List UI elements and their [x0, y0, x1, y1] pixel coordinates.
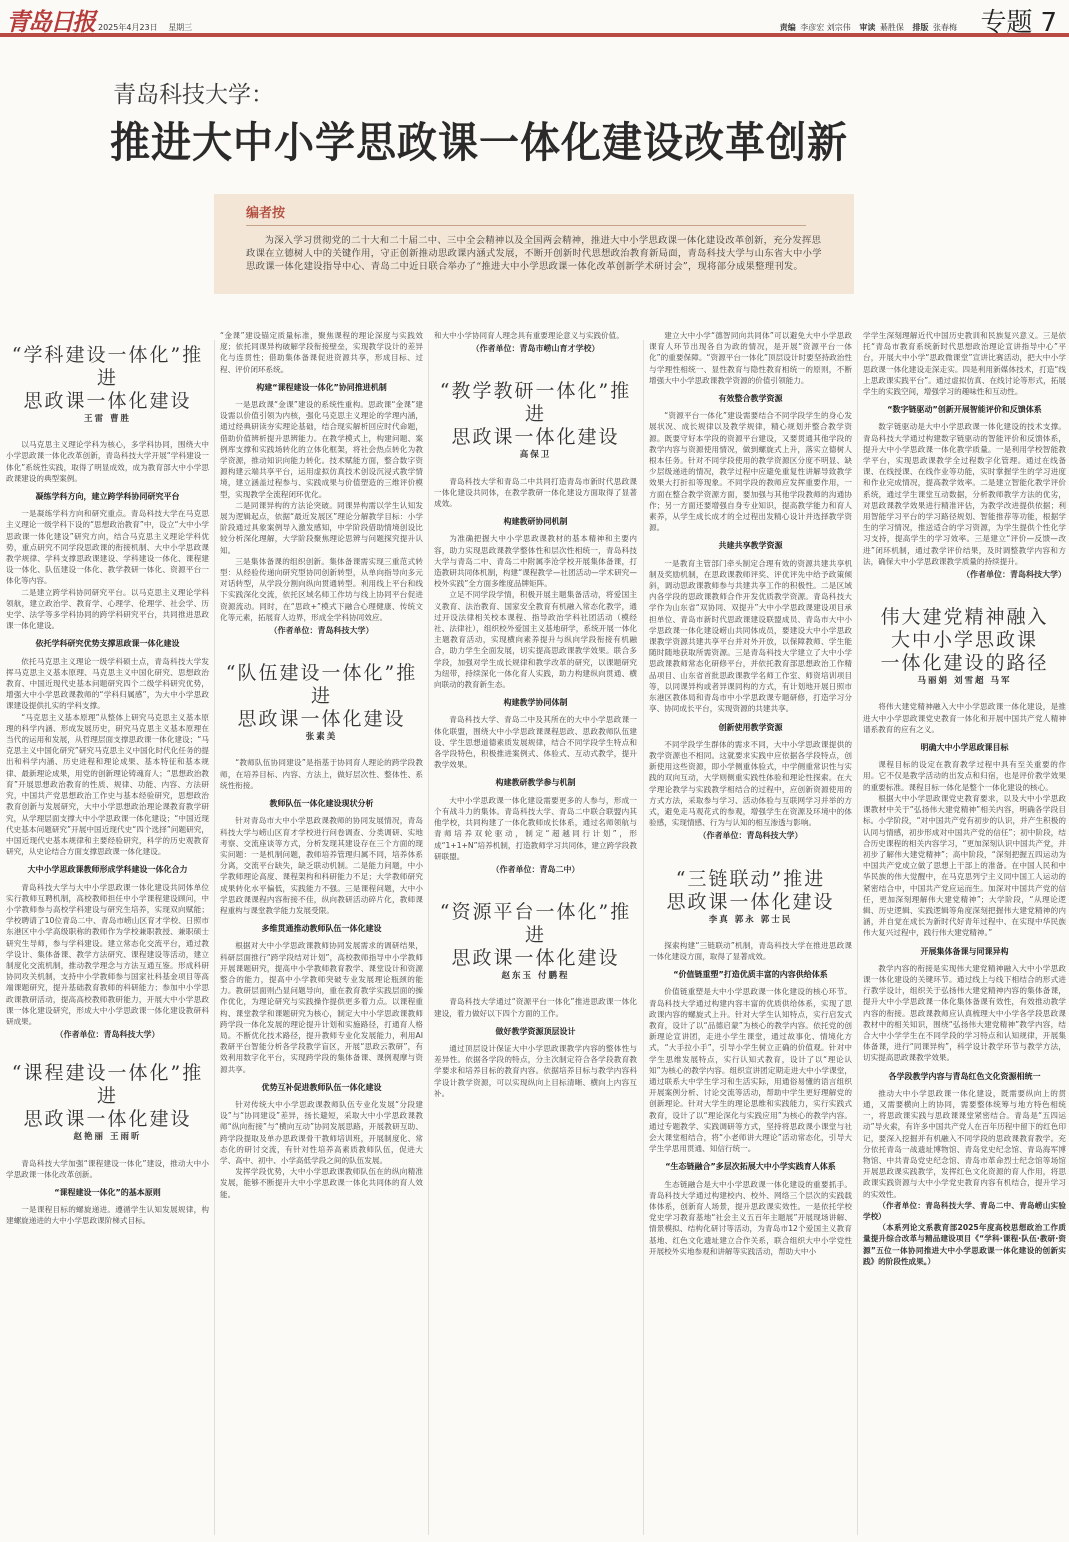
article-title: 一体化建设的路径: [863, 652, 1066, 675]
series-note: （本系列论文系教育部2025年度高校思想政治工作质量提升综合改革与精品建设项目《…: [863, 1222, 1066, 1267]
subheading: “课程建设一体化”的基本原则: [6, 1187, 209, 1198]
article-title: “三链联动”推进: [649, 868, 852, 891]
page-title: 推进大中小学思政课一体化建设改革创新: [110, 110, 848, 170]
article-title: 大中小学思政课: [863, 629, 1066, 652]
column-5: 学学生深刻理解近代中国历史教训和民族复兴意义。三是依托“青岛市教育系统新时代思想…: [863, 330, 1066, 1267]
column-4: 建立大中小学“德智同向共同体”可以避免大中小学思政课育人环节出现各自为政的情况，…: [649, 330, 852, 1257]
subheading: 明确大中小学思政课目标: [863, 742, 1066, 753]
article-paragraph: 教学内容的衔接是实现伟大建党精神融入大中小学思政课一体化建设的关键环节。通过线上…: [863, 963, 1066, 1064]
author-affiliation: （作者单位：青岛科技大学、青岛二中、青岛崂山实验学校）: [863, 1200, 1066, 1222]
author-affiliation: （作者单位：青岛科技大学）: [863, 569, 1066, 580]
credit-names: 綦胜保: [880, 23, 904, 32]
column-1: “学科建设一体化”推进 思政课一体化建设 王雷 曹胜 以马克思主义理论学科为核心…: [6, 340, 209, 1227]
article-paragraph: 数字链驱动是大中小学思政课一体化建设的技术支撑。青岛科技大学通过构建数字链驱动的…: [863, 421, 1066, 567]
headline-kicker: 青岛科技大学：: [113, 76, 274, 109]
author-affiliation: （作者单位：青岛市崂山育才学校）: [434, 343, 637, 354]
article-paragraph: 立足不同学段学情，积极开展主题集备活动，将爱国主义教育、法治教育、国家安全教育有…: [434, 589, 637, 690]
article-header: “课程建设一体化”推进 思政课一体化建设 赵艳丽 王雨昕: [6, 1062, 209, 1143]
article-paragraph: “马克思主义基本原理”从整体上研究马克思主义基本原理的科学内涵、形成发展历史，研…: [6, 712, 209, 858]
article-byline: 高保卫: [434, 450, 637, 461]
article-paragraph: 三是集体备课的组织创新。集体备课需实现三重范式转型：从经验传递向研究型协同创新转…: [220, 556, 423, 623]
article-header: “资源平台一体化”推进 思政课一体化建设 赵东玉 付鹏程: [434, 901, 637, 982]
editor-note-title: 编者按: [246, 202, 806, 226]
article-paragraph: 一是课程目标的螺旋递进。遵循学生认知发展规律，构建螺旋递进的大中小学思政课阶梯式…: [6, 1204, 209, 1226]
column-divider: [428, 340, 429, 1535]
article-paragraph: 生态链融合是大中小学思政课一体化建设的重要抓手。青岛科技大学通过构建校内、校外、…: [649, 1179, 852, 1257]
article-paragraph: 和大中小学协同育人理念具有重要理论意义与实践价值。: [434, 330, 637, 341]
subheading: 有效整合教学资源: [649, 393, 852, 404]
credit-names: 李彦宏 刘宗伟: [800, 23, 851, 32]
article-title: “学科建设一体化”推进: [6, 344, 209, 390]
column-divider: [214, 340, 215, 1535]
article-paragraph: 学学生深刻理解近代中国历史教训和民族复兴意义。三是依托“青岛市教育系统新时代思想…: [863, 330, 1066, 397]
article-paragraph: 依托马克思主义理论一级学科硕士点，青岛科技大学发挥马克思主义基本原理、马克思主义…: [6, 656, 209, 712]
article-title: 思政课一体化建设: [6, 1108, 209, 1131]
article-paragraph: 以马克思主义理论学科为核心，多学科协同，围绕大中小学思政课一体化改革创新，青岛科…: [6, 439, 209, 484]
subheading: 多维贯通推动教师队伍一体化建设: [220, 923, 423, 934]
article-byline: 马丽娟 刘雪超 马军: [863, 676, 1066, 687]
editor-note-body: 为深入学习贯彻党的二十大和二十届二中、三中全会精神以及全国两会精神，推进大中小学…: [246, 234, 840, 273]
article-paragraph: 青岛科技大学、青岛二中及其所在的大中小学思政课一体化联盟，围绕大中小学思政课课程…: [434, 714, 637, 770]
article-title: 思政课一体化建设: [6, 390, 209, 413]
subheading: 构建教研教学参与机制: [434, 777, 637, 788]
subheading: 优势互补促进教师队伍一体化建设: [220, 1082, 423, 1093]
article-paragraph: 建立大中小学“德智同向共同体”可以避免大中小学思政课育人环节出现各自为政的情况，…: [649, 330, 852, 386]
article-title: “教学教研一体化”推进: [434, 380, 637, 426]
article-header: “教学教研一体化”推进 思政课一体化建设 高保卫: [434, 380, 637, 461]
subheading: 做好教学资源顶层设计: [434, 1026, 637, 1037]
article-paragraph: 青岛科技大学和青岛二中共同打造青岛市新时代思政课一体化建设共同体，在教学教研一体…: [434, 476, 637, 510]
subheading: 共建共享教学资源: [649, 540, 852, 551]
credit-role: 审读: [859, 23, 875, 32]
article-paragraph: 课程目标的设定在教育教学过程中具有至关重要的作用。它不仅是教学活动的出发点和归宿…: [863, 759, 1066, 793]
issue-date: 2025年4月23日 星期三: [98, 22, 200, 33]
article-header: “三链联动”推进 思政课一体化建设 李真 郭永 郭士民: [649, 868, 852, 926]
column-divider: [857, 340, 858, 1535]
weekday-text: 星期三: [168, 23, 192, 32]
author-affiliation: （作者单位：青岛科技大学）: [6, 1029, 209, 1040]
article-paragraph: 探索构建“三链联动”机制，青岛科技大学在推进思政课一体化建设方面，取得了显著成效…: [649, 940, 852, 962]
masthead-rule: [0, 33, 1069, 37]
credit-role: 责编: [780, 23, 796, 32]
subheading: 构建教研协同机制: [434, 516, 637, 527]
subheading: “价值链重塑”打造优质丰富的内容供给体系: [649, 969, 852, 980]
article-paragraph: 根据对大中小学思政课教师协同发展需求的调研结果，科研层面推行“跨学段结对计划”，…: [220, 940, 423, 1074]
credit-role: 排版: [912, 23, 928, 32]
article-paragraph: 一是凝练学科方向和研究重点。青岛科技大学在马克思主义理论一级学科下设的“思想政治…: [6, 508, 209, 586]
article-paragraph: 二是同课异构的方法论突破。同课异构需以学生认知发展为逻辑起点，依据“最近发展区”…: [220, 500, 423, 556]
article-title: 思政课一体化建设: [434, 426, 637, 449]
article-paragraph: 将伟大建党精神融入大中小学思政课一体化建设，是推进大中小学思政课党史教育一体化和…: [863, 701, 1066, 735]
subheading: 构建教学协同体制: [434, 697, 637, 708]
masthead: 青岛日报 2025年4月23日 星期三 责编 李彦宏 刘宗伟 审读 綦胜保 排版…: [0, 0, 1069, 36]
subheading: “数字链驱动”创新开展智能评价和反馈体系: [863, 404, 1066, 415]
article-title: 思政课一体化建设: [434, 947, 637, 970]
column-3: 和大中小学协同育人理念具有重要理论意义与实践价值。 （作者单位：青岛市崂山育才学…: [434, 330, 637, 1099]
article-paragraph: 推动大中小学思政课一体化建设，既需要纵向上的贯通，又需要横向上的协同，需要整体统…: [863, 1088, 1066, 1200]
credit-names: 张春梅: [933, 23, 957, 32]
article-paragraph: 青岛科技大学加强“课程建设一体化”建设，推动大中小学思政课一体化改革创新。: [6, 1158, 209, 1180]
subheading: 教师队伍一体化建设现状分析: [220, 798, 423, 809]
date-text: 2025年4月23日: [98, 23, 158, 32]
article-byline: 王雷 曹胜: [6, 414, 209, 425]
subheading: 凝练学科方向，建立跨学科协同研究平台: [6, 491, 209, 502]
article-paragraph: 针对传统大中小学思政课教师队伍专业化发展“分段建设”与“协同建设”差异，扬长避短…: [220, 1099, 423, 1166]
subheading: 开展集体备课与同课异构: [863, 946, 1066, 957]
subheading: “生态链融合”多层次拓展大中小学实践育人体系: [649, 1161, 852, 1172]
column-2: “金课”建设锚定质量标准，聚焦课程的理论深度与实践效度；依托同课异构破解学段衔接…: [220, 330, 423, 1200]
subheading: 大中小学思政课教师形成学科建设一体化合力: [6, 864, 209, 875]
article-title: “课程建设一体化”推进: [6, 1062, 209, 1108]
article-paragraph: “金课”建设锚定质量标准，聚焦课程的理论深度与实践效度；依托同课异构破解学段衔接…: [220, 330, 423, 375]
subheading: 构建“课程建设一体化”协同推进机制: [220, 382, 423, 393]
subheading: 创新使用教学资源: [649, 722, 852, 733]
article-paragraph: “资源平台一体化”建设需要结合不同学段学生的身心发展状况、成长规律以及教学规律，…: [649, 410, 852, 533]
article-byline: 赵艳丽 王雨昕: [6, 1132, 209, 1143]
article-paragraph: 一是思政课“金课”建设的系统性重构。思政课“金课”建设需以价值引领为内核，强化马…: [220, 399, 423, 500]
article-byline: 李真 郭永 郭士民: [649, 915, 852, 926]
article-header: “学科建设一体化”推进 思政课一体化建设 王雷 曹胜: [6, 344, 209, 425]
article-title: 思政课一体化建设: [649, 891, 852, 914]
article-paragraph: 一是教育主管部门牵头制定合理有效的资源共建共享机制及奖励机制，在思政课教师评奖、…: [649, 558, 852, 715]
article-paragraph: 根据大中小学思政课党史教育要求，以及大中小学思政课教材中关于“弘扬伟大建党精神”…: [863, 793, 1066, 939]
article-paragraph: 为准确把握大中小学思政课教材的基本精神和主要内容，助力实现思政课教学整体性和层次…: [434, 533, 637, 589]
article-paragraph: 针对青岛市大中小学思政课教师的协同发展情况，青岛科技大学与崂山区育才学校进行问卷…: [220, 815, 423, 916]
article-title: 伟大建党精神融入: [863, 606, 1066, 629]
editor-note: 编者按 为深入学习贯彻党的二十大和二十届二中、三中全会精神以及全国两会精神，推进…: [214, 194, 854, 294]
author-affiliation: （作者单位：青岛二中）: [434, 864, 637, 875]
author-affiliation: （作者单位：青岛科技大学）: [220, 625, 423, 636]
subheading: 各学段教学内容与青岛红色文化资源相统一: [863, 1071, 1066, 1082]
article-title: “队伍建设一体化”推进: [220, 662, 423, 708]
article-byline: 赵东玉 付鹏程: [434, 971, 637, 982]
article-header: 伟大建党精神融入 大中小学思政课 一体化建设的路径 马丽娟 刘雪超 马军: [863, 606, 1066, 687]
column-divider: [643, 340, 644, 1535]
article-paragraph: 不同学段学生群体的需求不同，大中小学思政课提供的教学资源也不相同。这就要求实践中…: [649, 739, 852, 829]
article-paragraph: 二是建立跨学科协同研究平台。以马克思主义理论学科领航，建立政治学、教育学、心理学…: [6, 587, 209, 632]
author-affiliation: （作者单位：青岛科技大学）: [649, 830, 852, 841]
article-paragraph: 青岛科技大学与大中小学思政课一体化建设共同体单位实行教师互聘机制，高校教师担任中…: [6, 882, 209, 1028]
newspaper-logo: 青岛日报: [6, 2, 94, 37]
article-paragraph: “教师队伍协同建设”是指基于协同育人理论的跨学段教师，在培养目标、内容、方法上，…: [220, 757, 423, 791]
article-byline: 张素美: [220, 732, 423, 743]
article-header: “队伍建设一体化”推进 思政课一体化建设 张素美: [220, 662, 423, 743]
article-paragraph: 通过顶层设计保证大中小学思政课教学内容的整体性与差异性。依据各学段的特点，分主次…: [434, 1043, 637, 1099]
subheading: 依托学科研究优势支撑思政课一体化建设: [6, 638, 209, 649]
article-paragraph: 大中小学思政课一体化建设需要更多的人参与，形成一个有战斗力的集体。青岛科技大学、…: [434, 795, 637, 862]
article-paragraph: 发挥学段优势，大中小学思政课教师队伍在的纵向精准发展，能够不断提升大中小学思政课…: [220, 1166, 423, 1200]
article-title: 思政课一体化建设: [220, 708, 423, 731]
article-paragraph: 青岛科技大学通过“资源平台一体化”推进思政课一体化建设，着力做好以下四个方面的工…: [434, 996, 637, 1018]
editor-credits: 责编 李彦宏 刘宗伟 审读 綦胜保 排版 张春梅: [774, 22, 957, 33]
article-paragraph: 价值链重塑是大中小学思政课一体化建设的核心环节。青岛科技大学通过构建内容丰富的优…: [649, 986, 852, 1154]
article-title: “资源平台一体化”推进: [434, 901, 637, 947]
